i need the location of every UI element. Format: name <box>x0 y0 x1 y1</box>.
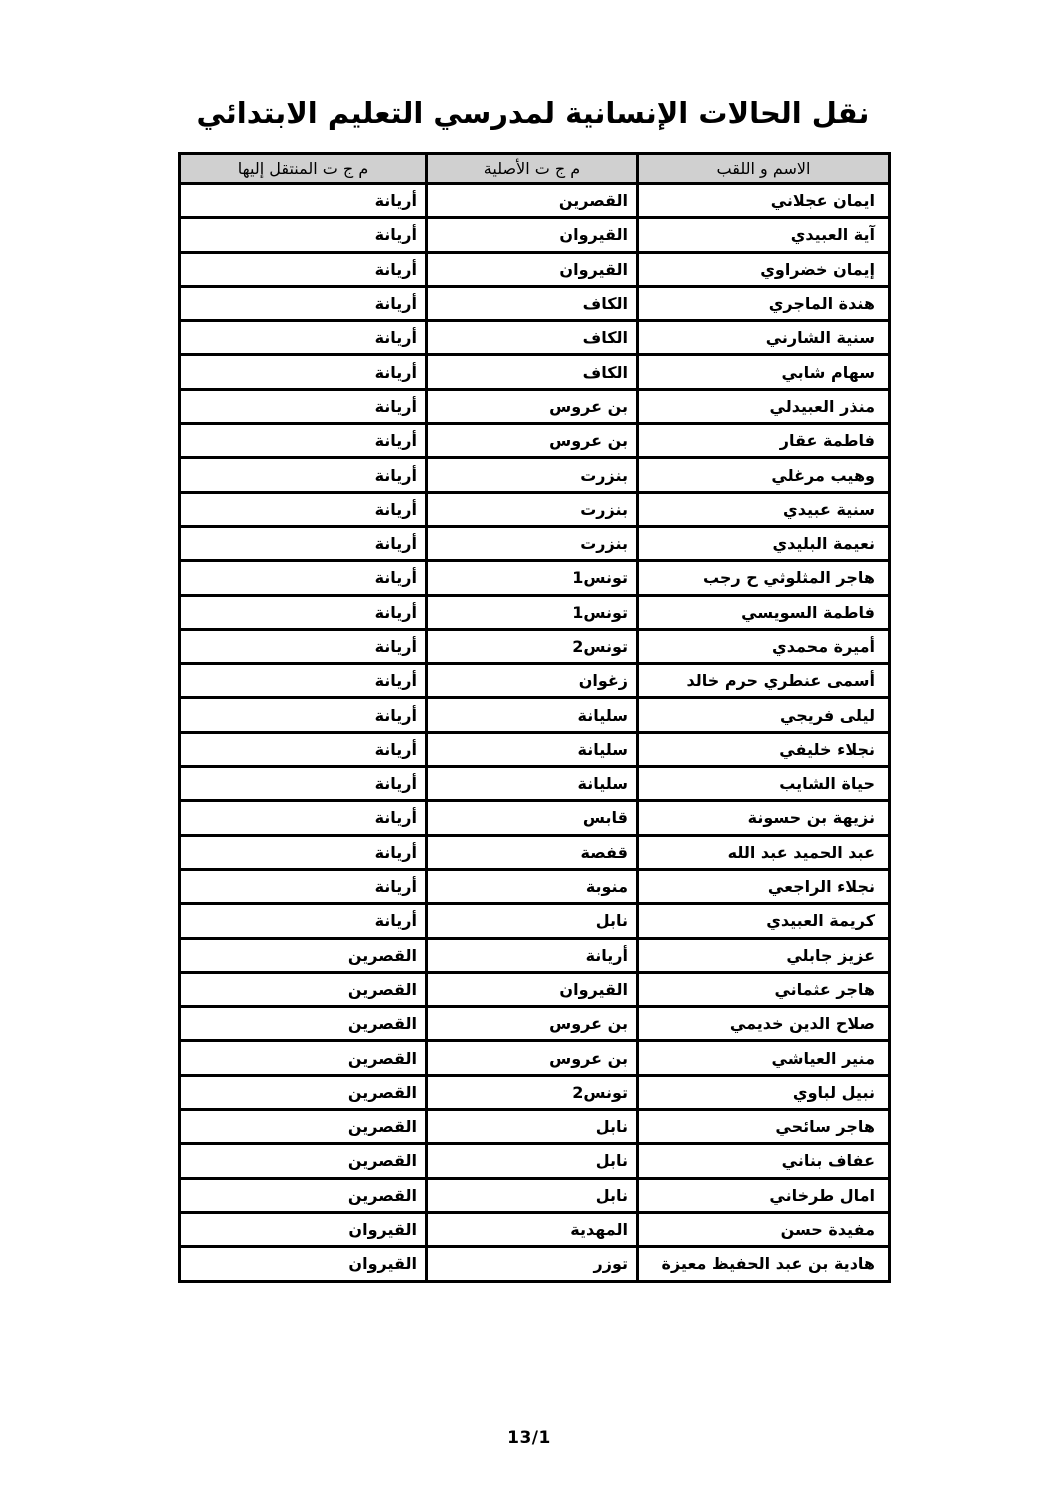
cell-name: امال طرخاني <box>638 1178 890 1212</box>
cell-origin: نابل <box>427 1144 638 1178</box>
header-cell-origin: م ج ت الأصلية <box>427 154 638 184</box>
table-row: نزيهة بن حسونةقابسأريانة <box>180 801 890 835</box>
cell-origin: بنزرت <box>427 526 638 560</box>
cell-name: عبد الحميد عبد الله <box>638 835 890 869</box>
cell-origin: تونس2 <box>427 629 638 663</box>
cell-name: هندة الماجري <box>638 286 890 320</box>
cell-destination: القيروان <box>180 1247 427 1281</box>
table-row: فاطمة عقاربن عروسأريانة <box>180 424 890 458</box>
table-row: نجلاء الراجعيمنوبةأريانة <box>180 869 890 903</box>
cell-origin: تونس1 <box>427 595 638 629</box>
header-row: الاسم و اللقب م ج ت الأصلية م ج ت المنتق… <box>180 154 890 184</box>
table-row: هاجر سائحينابلالقصرين <box>180 1110 890 1144</box>
table-row: امال طرخانينابلالقصرين <box>180 1178 890 1212</box>
cell-origin: سليانة <box>427 698 638 732</box>
cell-origin: المهدية <box>427 1212 638 1246</box>
cell-destination: القصرين <box>180 1110 427 1144</box>
table-row: هادية بن عبد الحفيظ معيزةتوزرالقيروان <box>180 1247 890 1281</box>
cell-destination: القصرين <box>180 1144 427 1178</box>
table-row: فاطمة السويسيتونس1أريانة <box>180 595 890 629</box>
cell-name: وهيب مرغلي <box>638 458 890 492</box>
table-row: ايمان عجلانيالقصرينأريانة <box>180 184 890 218</box>
cell-destination: أريانة <box>180 561 427 595</box>
cell-destination: أريانة <box>180 767 427 801</box>
cell-name: أميرة محمدي <box>638 629 890 663</box>
cell-origin: القيروان <box>427 252 638 286</box>
table-row: نجلاء خليفيسليانةأريانة <box>180 732 890 766</box>
cell-name: سهام شابي <box>638 355 890 389</box>
cell-name: نجلاء الراجعي <box>638 869 890 903</box>
table-row: عفاف بنانينابلالقصرين <box>180 1144 890 1178</box>
cell-origin: بن عروس <box>427 424 638 458</box>
cell-origin: الكاف <box>427 321 638 355</box>
cell-destination: أريانة <box>180 595 427 629</box>
cell-destination: القصرين <box>180 1041 427 1075</box>
cell-name: نعيمة البليدي <box>638 526 890 560</box>
cell-name: عفاف بناني <box>638 1144 890 1178</box>
cell-destination: أريانة <box>180 355 427 389</box>
header-cell-name: الاسم و اللقب <box>638 154 890 184</box>
cell-origin: نابل <box>427 1178 638 1212</box>
table-row: هاجر عثمانيالقيروانالقصرين <box>180 972 890 1006</box>
cell-origin: نابل <box>427 1110 638 1144</box>
cell-destination: أريانة <box>180 252 427 286</box>
cell-origin: منوبة <box>427 869 638 903</box>
cell-destination: القصرين <box>180 938 427 972</box>
cell-name: ليلى فريجي <box>638 698 890 732</box>
table-row: هاجر المثلوثي ح رجبتونس1أريانة <box>180 561 890 595</box>
cell-name: أسمى عنطري حرم خالد <box>638 664 890 698</box>
transfers-table: الاسم و اللقب م ج ت الأصلية م ج ت المنتق… <box>178 152 891 1283</box>
table-row: نبيل لباويتونس2القصرين <box>180 1075 890 1109</box>
cell-destination: القصرين <box>180 972 427 1006</box>
cell-name: فاطمة عقار <box>638 424 890 458</box>
cell-name: منير العياشي <box>638 1041 890 1075</box>
cell-origin: سليانة <box>427 767 638 801</box>
cell-name: نجلاء خليفي <box>638 732 890 766</box>
cell-destination: أريانة <box>180 458 427 492</box>
cell-destination: أريانة <box>180 629 427 663</box>
cell-destination: القيروان <box>180 1212 427 1246</box>
cell-name: مفيدة حسن <box>638 1212 890 1246</box>
table-row: ليلى فريجيسليانةأريانة <box>180 698 890 732</box>
cell-origin: أريانة <box>427 938 638 972</box>
cell-origin: سليانة <box>427 732 638 766</box>
cell-destination: القصرين <box>180 1178 427 1212</box>
cell-origin: القيروان <box>427 218 638 252</box>
table-row: أسمى عنطري حرم خالدزغوانأريانة <box>180 664 890 698</box>
cell-origin: زغوان <box>427 664 638 698</box>
table-row: إيمان خضراويالقيروانأريانة <box>180 252 890 286</box>
cell-name: ايمان عجلاني <box>638 184 890 218</box>
cell-name: هاجر عثماني <box>638 972 890 1006</box>
cell-origin: بن عروس <box>427 389 638 423</box>
table-row: صلاح الدين خديميبن عروسالقصرين <box>180 1007 890 1041</box>
table-row: عزيز جابليأريانةالقصرين <box>180 938 890 972</box>
cell-origin: بنزرت <box>427 458 638 492</box>
page-number: 13/1 <box>0 1428 1058 1448</box>
cell-destination: أريانة <box>180 424 427 458</box>
cell-destination: أريانة <box>180 698 427 732</box>
cell-name: كريمة العبيدي <box>638 904 890 938</box>
cell-origin: القصرين <box>427 184 638 218</box>
cell-destination: أريانة <box>180 664 427 698</box>
table-row: سهام شابيالكافأريانة <box>180 355 890 389</box>
cell-origin: نابل <box>427 904 638 938</box>
cell-destination: أريانة <box>180 869 427 903</box>
table-row: نعيمة البليديبنزرتأريانة <box>180 526 890 560</box>
cell-origin: بنزرت <box>427 492 638 526</box>
table-row: سنية الشارنيالكافأريانة <box>180 321 890 355</box>
cell-destination: أريانة <box>180 492 427 526</box>
cell-destination: أريانة <box>180 835 427 869</box>
table-row: منير العياشيبن عروسالقصرين <box>180 1041 890 1075</box>
cell-name: حياة الشايب <box>638 767 890 801</box>
table-row: حياة الشايبسليانةأريانة <box>180 767 890 801</box>
cell-destination: أريانة <box>180 286 427 320</box>
cell-name: نزيهة بن حسونة <box>638 801 890 835</box>
cell-origin: تونس1 <box>427 561 638 595</box>
cell-name: منذر العبيدلي <box>638 389 890 423</box>
cell-destination: القصرين <box>180 1007 427 1041</box>
cell-name: هاجر المثلوثي ح رجب <box>638 561 890 595</box>
table-row: مفيدة حسنالمهديةالقيروان <box>180 1212 890 1246</box>
cell-origin: الكاف <box>427 286 638 320</box>
cell-origin: بن عروس <box>427 1007 638 1041</box>
table-row: كريمة العبيدينابلأريانة <box>180 904 890 938</box>
cell-destination: أريانة <box>180 526 427 560</box>
cell-origin: القيروان <box>427 972 638 1006</box>
cell-destination: أريانة <box>180 218 427 252</box>
header-cell-destination: م ج ت المنتقل إليها <box>180 154 427 184</box>
table-row: سنية عبيديبنزرتأريانة <box>180 492 890 526</box>
cell-destination: أريانة <box>180 732 427 766</box>
cell-name: سنية الشارني <box>638 321 890 355</box>
cell-name: صلاح الدين خديمي <box>638 1007 890 1041</box>
cell-origin: قابس <box>427 801 638 835</box>
cell-name: هاجر سائحي <box>638 1110 890 1144</box>
document-page: { "page": { "title": "نقل الحالات الإنسا… <box>0 0 1058 1496</box>
cell-origin: تونس2 <box>427 1075 638 1109</box>
cell-name: آية العبيدي <box>638 218 890 252</box>
cell-origin: قفصة <box>427 835 638 869</box>
cell-destination: أريانة <box>180 801 427 835</box>
cell-destination: أريانة <box>180 389 427 423</box>
cell-destination: أريانة <box>180 184 427 218</box>
cell-name: إيمان خضراوي <box>638 252 890 286</box>
cell-origin: بن عروس <box>427 1041 638 1075</box>
cell-name: نبيل لباوي <box>638 1075 890 1109</box>
cell-destination: أريانة <box>180 904 427 938</box>
cell-name: سنية عبيدي <box>638 492 890 526</box>
cell-name: عزيز جابلي <box>638 938 890 972</box>
table-row: آية العبيديالقيروانأريانة <box>180 218 890 252</box>
cell-name: هادية بن عبد الحفيظ معيزة <box>638 1247 890 1281</box>
table-row: عبد الحميد عبد اللهقفصةأريانة <box>180 835 890 869</box>
table-row: هندة الماجريالكافأريانة <box>180 286 890 320</box>
table-header: الاسم و اللقب م ج ت الأصلية م ج ت المنتق… <box>180 154 890 184</box>
table-row: وهيب مرغليبنزرتأريانة <box>180 458 890 492</box>
cell-origin: الكاف <box>427 355 638 389</box>
table-body: ايمان عجلانيالقصرينأريانةآية العبيديالقي… <box>180 184 890 1282</box>
table-row: أميرة محمديتونس2أريانة <box>180 629 890 663</box>
cell-name: فاطمة السويسي <box>638 595 890 629</box>
cell-destination: القصرين <box>180 1075 427 1109</box>
page-title: نقل الحالات الإنسانية لمدرسي التعليم الا… <box>178 96 888 130</box>
table-row: منذر العبيدليبن عروسأريانة <box>180 389 890 423</box>
cell-destination: أريانة <box>180 321 427 355</box>
cell-origin: توزر <box>427 1247 638 1281</box>
